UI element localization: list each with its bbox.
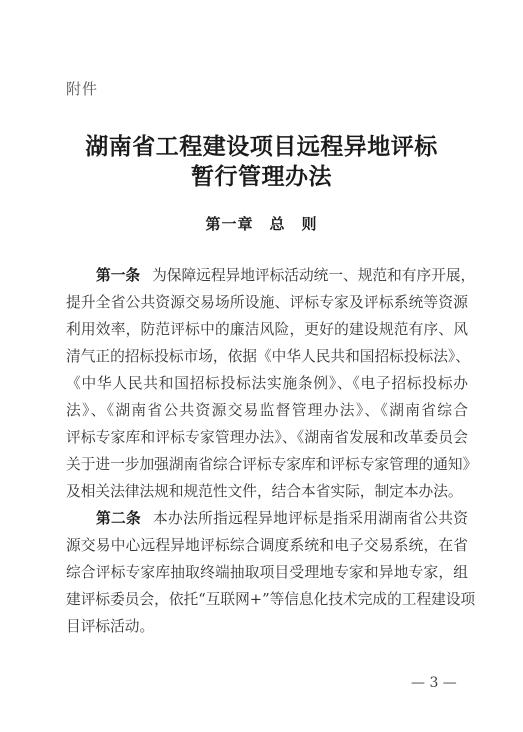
article-label: 第一条 <box>96 267 140 284</box>
chapter-heading: 第一章 总 则 <box>0 213 523 234</box>
article-line: 提升全省公共资源交易场所设施、评标专家及评标系统等资源 <box>66 289 468 316</box>
article-label: 第二条 <box>96 510 141 527</box>
article-line: 第一条为保障远程异地评标活动统一、规范和有序开展， <box>66 262 468 289</box>
article-line: 及相关法律法规和规范性文件，结合本省实际，制定本办法。 <box>66 478 468 505</box>
article-line: 法》、《湖南省公共资源交易监督管理办法》、《湖南省综合 <box>66 397 468 424</box>
attachment-label: 附件 <box>66 78 98 99</box>
article-line: 关于进一步加强湖南省综合评标专家库和评标专家管理的通知》 <box>66 451 468 478</box>
article-line: 目评标活动。 <box>66 613 468 640</box>
page-number: — 3 — <box>411 675 457 691</box>
article-line: 评标专家库和评标专家管理办法》、《湖南省发展和改革委员会 <box>66 424 468 451</box>
article-line: 清气正的招标投标市场，依据《中华人民共和国招标投标法》、 <box>66 343 468 370</box>
article-line: 《中华人民共和国招标投标法实施条例》、《电子招标投标办 <box>66 370 468 397</box>
article-line: 第二条本办法所指远程异地评标是指采用湖南省公共资 <box>66 505 468 532</box>
article-line: 综合评标专家库抽取终端抽取项目受理地专家和异地专家，组 <box>66 559 468 586</box>
document-title-line-1: 湖南省工程建设项目远程异地评标 <box>0 128 523 161</box>
document-title-line-2: 暂行管理办法 <box>0 158 523 191</box>
article-line: 源交易中心远程异地评标综合调度系统和电子交易系统，在省 <box>66 532 468 559</box>
article-line: 建评标委员会，依托“互联网+”等信息化技术完成的工程建设项 <box>66 586 468 613</box>
article-line: 利用效率，防范评标中的廉洁风险，更好的建设规范有序、风 <box>66 316 468 343</box>
